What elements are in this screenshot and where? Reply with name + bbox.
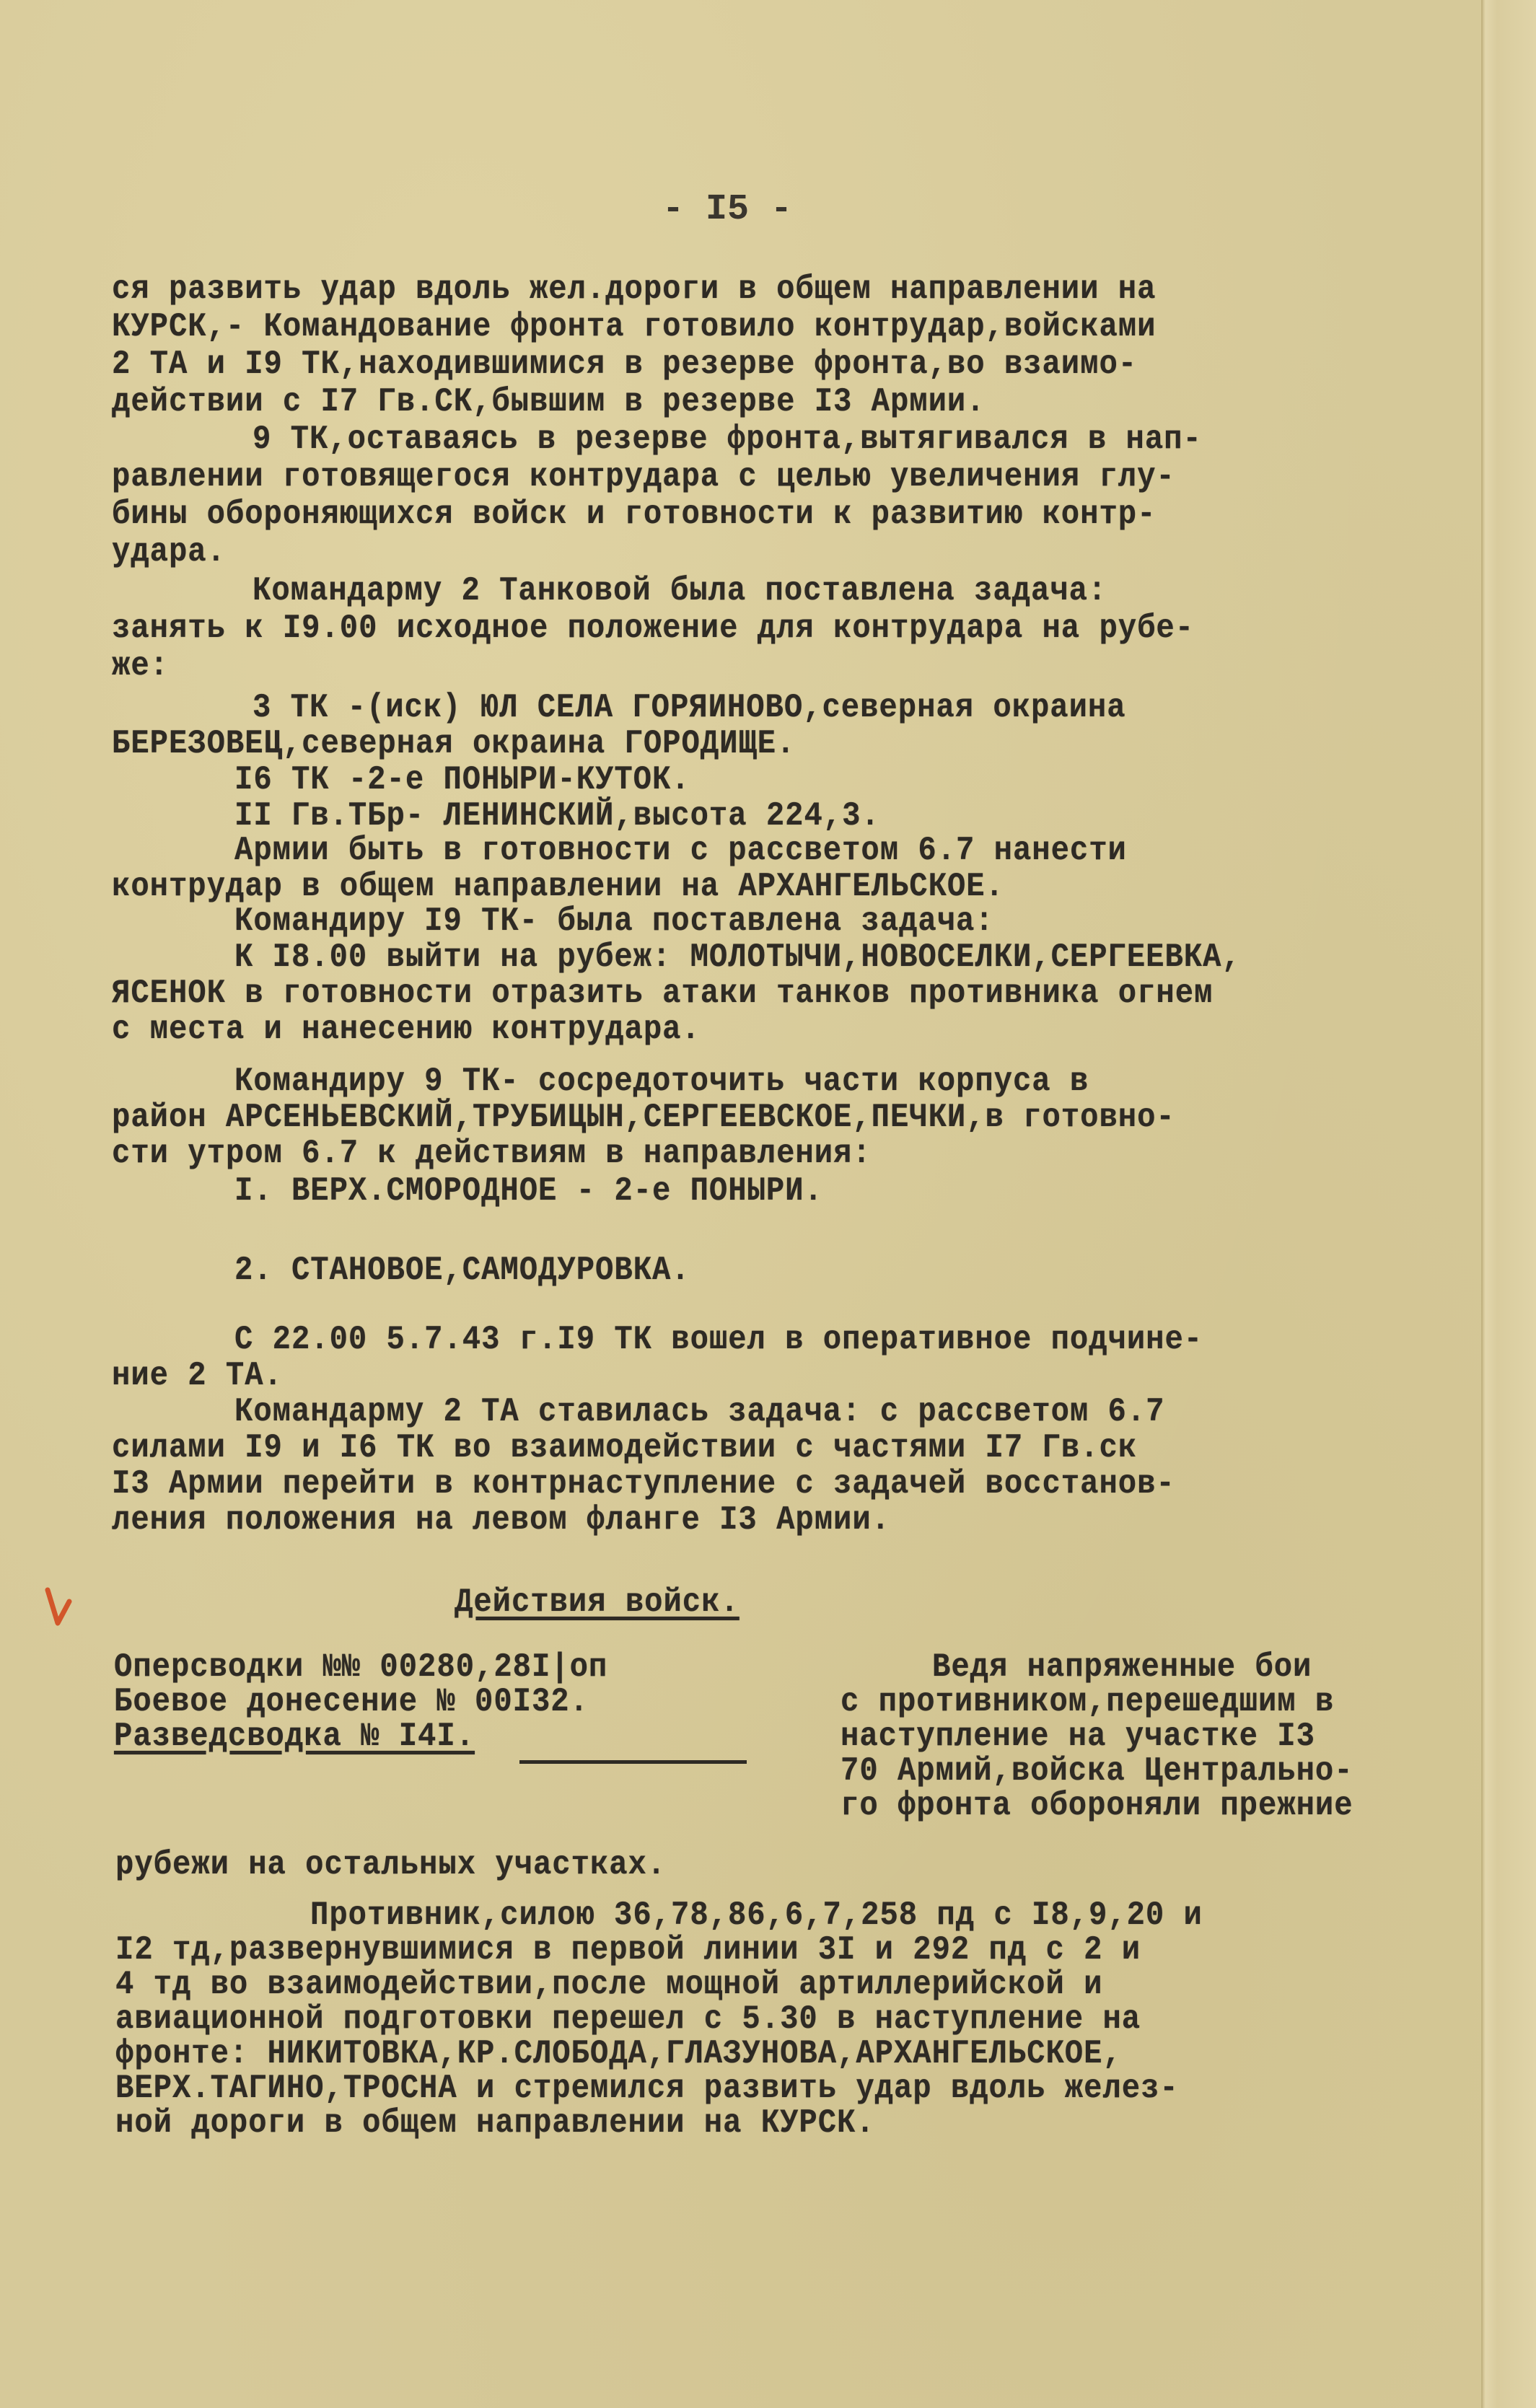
- text-line: К I8.00 выйти на рубеж: МОЛОТЫЧИ,НОВОСЕЛ…: [234, 939, 1241, 975]
- text-line: с места и нанесению контрудара.: [112, 1011, 701, 1047]
- text-line: контрудар в общем направлении на АРХАНГЕ…: [112, 869, 1004, 905]
- text-line: Командиру 9 ТК- сосредоточить части корп…: [234, 1063, 1089, 1099]
- source-reference: Оперсводки №№ 00280,28I|оп: [114, 1649, 607, 1685]
- text-line: Противник,силою 36,78,86,6,7,258 пд с I8…: [310, 1897, 1203, 1933]
- text-line: ЯСЕНОК в готовности отразить атаки танко…: [112, 975, 1213, 1011]
- red-check-mark-icon: [45, 1586, 74, 1629]
- underline-rule: [519, 1760, 747, 1764]
- text-line: авиационной подготовки перешел с 5.30 в …: [115, 2001, 1141, 2037]
- text-line: занять к I9.00 исходное положение для ко…: [112, 610, 1194, 646]
- text-line: ние 2 ТА.: [112, 1358, 283, 1394]
- list-item: 2. СТАНОВОЕ,САМОДУРОВКА.: [234, 1252, 690, 1288]
- text-line: с противником,перешедшим в: [841, 1684, 1334, 1720]
- text-line: Ведя напряженные бои: [932, 1649, 1312, 1685]
- source-reference: Боевое донесение № 00I32.: [114, 1684, 589, 1720]
- text-line: КУРСК,- Командование фронта готовило кон…: [112, 309, 1156, 345]
- text-line: го фронта обороняли прежние: [841, 1788, 1353, 1824]
- page-number: - I5 -: [662, 189, 792, 230]
- text-line: I3 Армии перейти в контрнаступление с за…: [112, 1466, 1175, 1502]
- paper-edge: [1481, 0, 1536, 2408]
- text-line: фронте: НИКИТОВКА,КР.СЛОБОДА,ГЛАЗУНОВА,А…: [115, 2036, 1122, 2072]
- text-line: бины обороняющихся войск и готовности к …: [112, 496, 1156, 532]
- text-line: ления положения на левом фланге I3 Армии…: [112, 1502, 890, 1538]
- text-line: удара.: [112, 534, 226, 570]
- text-line: ся развить удар вдоль жел.дороги в общем…: [112, 271, 1156, 307]
- text-line: 9 ТК,оставаясь в резерве фронта,вытягива…: [253, 421, 1202, 457]
- text-line: 70 Армий,войска Центрально-: [841, 1753, 1353, 1789]
- list-item: II Гв.ТБр- ЛЕНИНСКИЙ,высота 224,3.: [234, 798, 880, 834]
- text-line: же:: [112, 648, 169, 684]
- text-line: Командиру I9 ТК- была поставлена задача:: [234, 903, 994, 939]
- text-line: действии с I7 Гв.СК,бывшим в резерве I3 …: [112, 384, 986, 420]
- text-line: Командарму 2 Танковой была поставлена за…: [253, 573, 1107, 609]
- text-line: равлении готовящегося контрудара с целью…: [112, 459, 1175, 495]
- text-line: С 22.00 5.7.43 г.I9 ТК вошел в оперативн…: [234, 1322, 1203, 1358]
- text-line: рубежи на остальных участках.: [115, 1847, 666, 1883]
- text-line: Армии быть в готовности с рассветом 6.7 …: [234, 832, 1127, 869]
- text-line: Командарму 2 ТА ставилась задача: с расс…: [234, 1394, 1164, 1430]
- list-item: I6 ТК -2-е ПОНЫРИ-КУТОК.: [234, 762, 690, 798]
- text-line: ной дороги в общем направлении на КУРСК.: [115, 2105, 875, 2141]
- text-line: район АРСЕНЬЕВСКИЙ,ТРУБИЦЫН,СЕРГЕЕВСКОЕ,…: [112, 1099, 1175, 1135]
- text-line: сти утром 6.7 к действиям в направления:: [112, 1135, 872, 1172]
- text-line: ВЕРХ.ТАГИНО,ТРОСНА и стремился развить у…: [115, 2070, 1179, 2106]
- section-heading: Действия войск.: [455, 1584, 740, 1620]
- text-line: I2 тд,развернувшимися в первой линии 3I …: [115, 1932, 1141, 1968]
- text-line: наступление на участке I3: [841, 1718, 1315, 1754]
- list-item: БЕРЕЗОВЕЦ,северная окраина ГОРОДИЩЕ.: [112, 726, 795, 762]
- text-line: 2 ТА и I9 ТК,находившимися в резерве фро…: [112, 346, 1137, 382]
- list-item: 3 ТК -(иск) ЮЛ СЕЛА ГОРЯИНОВО,северная о…: [253, 690, 1126, 726]
- text-line: силами I9 и I6 ТК во взаимодействии с ча…: [112, 1430, 1137, 1466]
- list-item: I. ВЕРХ.СМОРОДНОЕ - 2-е ПОНЫРИ.: [234, 1173, 823, 1209]
- text-line: 4 тд во взаимодействии,после мощной арти…: [115, 1967, 1102, 2003]
- source-reference: Разведсводка № I4I.: [114, 1718, 475, 1754]
